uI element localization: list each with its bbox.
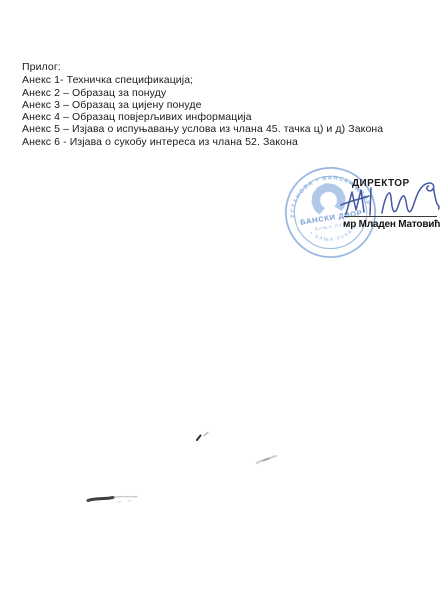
artifact-streak-mid — [257, 456, 276, 463]
signature-line — [344, 216, 437, 217]
scanned-document-page: Прилог: Анекс 1- Техничка спецификација;… — [0, 0, 443, 600]
artifact-smear-fade — [113, 497, 137, 498]
annex-line-6: Анекс 6 - Изјава о сукобу интереса из чл… — [22, 136, 383, 148]
attachments-heading: Прилог: — [22, 61, 383, 73]
signature-stroke-tail — [434, 188, 439, 209]
annex-line-2: Анекс 2 – Образац за понуду — [22, 87, 383, 99]
signature-stroke-right — [382, 183, 434, 213]
artifact-tick-dark — [197, 436, 201, 441]
artifact-tick-light — [204, 433, 208, 436]
annex-line-3: Анекс 3 – Образац за цијену понуде — [22, 99, 383, 111]
annex-line-4: Анекс 4 – Образац повјерљивих информациј… — [22, 111, 383, 123]
signature-stroke-bar — [370, 188, 371, 215]
attachments-block: Прилог: Анекс 1- Техничка спецификација;… — [22, 61, 383, 148]
annex-line-1: Анекс 1- Техничка спецификација; — [22, 74, 383, 86]
annex-line-5: Анекс 5 – Изјава о испуњавању услова из … — [22, 123, 383, 135]
signatory-name: мр Младен Матовић — [343, 219, 440, 230]
artifact-smear-speckle — [118, 501, 131, 503]
handwritten-signature — [338, 179, 443, 219]
artifact-streak-mid-dark — [263, 459, 269, 462]
artifact-smear-dark — [88, 498, 113, 501]
